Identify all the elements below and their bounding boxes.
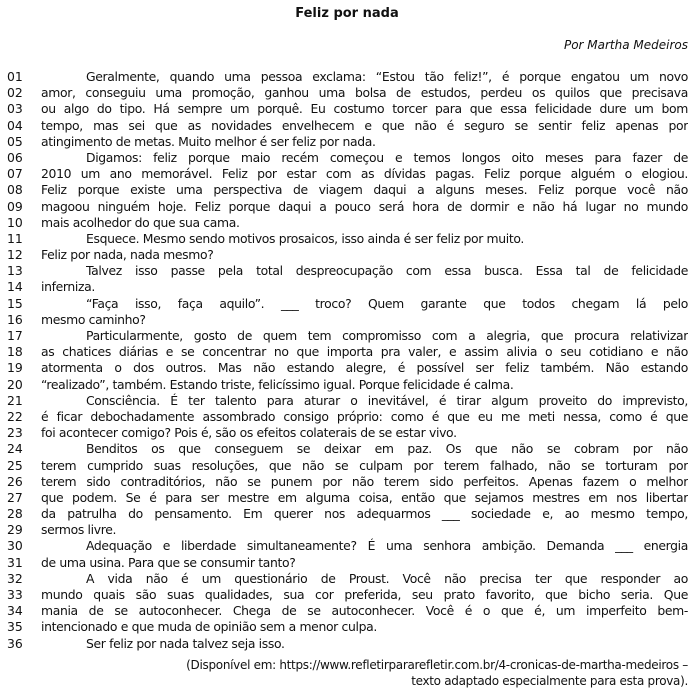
line-text: que podem. Se é para ser mestre em algum… xyxy=(41,490,688,506)
line-text: magoou ninguém hoje. Feliz porque daqui … xyxy=(41,199,688,215)
text-line: 35intencionado e que muda de opinião sem… xyxy=(0,619,694,635)
text-line: 03ou algo do tipo. Há sempre um porquê. … xyxy=(0,101,694,117)
line-text: terem cumprido suas resoluções, que não … xyxy=(41,458,688,474)
text-line: 05atingimento de metas. Muito melhor é s… xyxy=(0,134,694,150)
line-text: Consciência. É ter talento para aturar o… xyxy=(86,393,688,409)
line-number: 04 xyxy=(7,118,33,134)
line-text-wrap: Benditos os que conseguem se deixar em p… xyxy=(86,441,688,457)
line-number: 26 xyxy=(7,474,33,490)
line-number: 01 xyxy=(7,69,33,85)
text-line: 33mundo quais são suas qualidades, sua c… xyxy=(0,587,694,603)
line-text-wrap: da patrulha do pensamento. Em querer nos… xyxy=(41,506,688,522)
line-number: 33 xyxy=(7,587,33,603)
line-text: da patrulha do pensamento. Em querer nos… xyxy=(41,506,688,522)
line-text-wrap: que podem. Se é para ser mestre em algum… xyxy=(41,490,688,506)
line-text-wrap: de uma usina. Para que se consumir tanto… xyxy=(41,555,688,571)
line-number: 15 xyxy=(7,296,33,312)
line-number: 02 xyxy=(7,85,33,101)
line-text-wrap: “Faça isso, faça aquilo”. ___ troco? Que… xyxy=(86,296,688,312)
text-line: 15“Faça isso, faça aquilo”. ___ troco? Q… xyxy=(0,296,694,312)
text-line: 32A vida não é um questionário de Proust… xyxy=(0,571,694,587)
line-text-wrap: atormenta o dos outros. Mas não estando … xyxy=(41,360,688,376)
line-number: 29 xyxy=(7,522,33,538)
line-number: 14 xyxy=(7,279,33,295)
text-line: 08Feliz porque existe uma perspectiva de… xyxy=(0,182,694,198)
line-text-wrap: Digamos: feliz porque maio recém começou… xyxy=(86,150,688,166)
line-text: Esquece. Mesmo sendo motivos prosaicos, … xyxy=(86,231,688,247)
line-text: Geralmente, quando uma pessoa exclama: “… xyxy=(86,69,688,85)
line-text: mais acolhedor do que sua cama. xyxy=(41,215,688,231)
line-text-wrap: magoou ninguém hoje. Feliz porque daqui … xyxy=(41,199,688,215)
line-text: de uma usina. Para que se consumir tanto… xyxy=(41,555,688,571)
line-number: 20 xyxy=(7,377,33,393)
line-number: 03 xyxy=(7,101,33,117)
numbered-text-body: 01Geralmente, quando uma pessoa exclama:… xyxy=(0,69,694,652)
text-line: 11Esquece. Mesmo sendo motivos prosaicos… xyxy=(0,231,694,247)
line-number: 22 xyxy=(7,409,33,425)
text-line: 29sermos livre. xyxy=(0,522,694,538)
line-text: inferniza. xyxy=(41,279,688,295)
text-line: 21Consciência. É ter talento para aturar… xyxy=(0,393,694,409)
line-text-wrap: mania de se autoconhecer. Chega de se au… xyxy=(41,603,688,619)
text-line: 17Particularmente, gosto de quem tem com… xyxy=(0,328,694,344)
line-text-wrap: inferniza. xyxy=(41,279,688,295)
line-text-wrap: intencionado e que muda de opinião sem a… xyxy=(41,619,688,635)
text-line: 25terem cumprido suas resoluções, que nã… xyxy=(0,458,694,474)
line-text-wrap: ou algo do tipo. Há sempre um porquê. Eu… xyxy=(41,101,688,117)
line-text: mania de se autoconhecer. Chega de se au… xyxy=(41,603,688,619)
text-line: 18as chatices diárias e se concentrar no… xyxy=(0,344,694,360)
text-line: 12Feliz por nada, nada mesmo? xyxy=(0,247,694,263)
line-number: 06 xyxy=(7,150,33,166)
text-line: 28da patrulha do pensamento. Em querer n… xyxy=(0,506,694,522)
line-text-wrap: Feliz porque existe uma perspectiva de v… xyxy=(41,182,688,198)
line-text-wrap: tempo, mas sei que as novidades envelhec… xyxy=(41,118,688,134)
source-citation: (Disponível em: https://www.refletirpara… xyxy=(186,657,688,689)
line-text-wrap: terem cumprido suas resoluções, que não … xyxy=(41,458,688,474)
line-text-wrap: Particularmente, gosto de quem tem compr… xyxy=(86,328,688,344)
line-number: 21 xyxy=(7,393,33,409)
line-text: Feliz porque existe uma perspectiva de v… xyxy=(41,182,688,198)
line-text-wrap: Ser feliz por nada talvez seja isso. xyxy=(86,636,688,652)
text-line: 20“realizado”, também. Estando triste, f… xyxy=(0,377,694,393)
line-text-wrap: 2010 um ano memorável. Feliz por estar c… xyxy=(41,166,688,182)
line-text: A vida não é um questionário de Proust. … xyxy=(86,571,688,587)
line-text: intencionado e que muda de opinião sem a… xyxy=(41,619,688,635)
line-text: Particularmente, gosto de quem tem compr… xyxy=(86,328,688,344)
author-byline: Por Martha Medeiros xyxy=(564,38,688,52)
text-line: 30Adequação e liberdade simultaneamente?… xyxy=(0,538,694,554)
line-text: as chatices diárias e se concentrar no q… xyxy=(41,344,688,360)
line-number: 27 xyxy=(7,490,33,506)
line-text-wrap: terem sido contraditórios, não se punem … xyxy=(41,474,688,490)
line-text-wrap: Esquece. Mesmo sendo motivos prosaicos, … xyxy=(86,231,688,247)
line-text: atormenta o dos outros. Mas não estando … xyxy=(41,360,688,376)
line-number: 24 xyxy=(7,441,33,457)
line-text-wrap: é ficar debochadamente assombrado consig… xyxy=(41,409,688,425)
line-text: ou algo do tipo. Há sempre um porquê. Eu… xyxy=(41,101,688,117)
line-number: 18 xyxy=(7,344,33,360)
line-text-wrap: Feliz por nada, nada mesmo? xyxy=(41,247,688,263)
text-line: 22é ficar debochadamente assombrado cons… xyxy=(0,409,694,425)
line-text: Ser feliz por nada talvez seja isso. xyxy=(86,636,688,652)
text-line: 16mesmo caminho? xyxy=(0,312,694,328)
text-line: 072010 um ano memorável. Feliz por estar… xyxy=(0,166,694,182)
text-line: 14inferniza. xyxy=(0,279,694,295)
line-text-wrap: amor, conseguiu uma promoção, ganhou uma… xyxy=(41,85,688,101)
line-number: 36 xyxy=(7,636,33,652)
line-text: tempo, mas sei que as novidades envelhec… xyxy=(41,118,688,134)
line-text-wrap: “realizado”, também. Estando triste, fel… xyxy=(41,377,688,393)
line-number: 30 xyxy=(7,538,33,554)
line-text-wrap: Adequação e liberdade simultaneamente? É… xyxy=(86,538,688,554)
text-line: 01Geralmente, quando uma pessoa exclama:… xyxy=(0,69,694,85)
line-text: sermos livre. xyxy=(41,522,688,538)
text-line: 36Ser feliz por nada talvez seja isso. xyxy=(0,636,694,652)
line-number: 32 xyxy=(7,571,33,587)
line-text: atingimento de metas. Muito melhor é ser… xyxy=(41,134,688,150)
text-line: 34mania de se autoconhecer. Chega de se … xyxy=(0,603,694,619)
line-text: “Faça isso, faça aquilo”. ___ troco? Que… xyxy=(86,296,688,312)
line-number: 35 xyxy=(7,619,33,635)
line-text-wrap: mundo quais são suas qualidades, sua cor… xyxy=(41,587,688,603)
line-number: 28 xyxy=(7,506,33,522)
line-text-wrap: sermos livre. xyxy=(41,522,688,538)
text-line: 09magoou ninguém hoje. Feliz porque daqu… xyxy=(0,199,694,215)
line-number: 34 xyxy=(7,603,33,619)
line-text: Benditos os que conseguem se deixar em p… xyxy=(86,441,688,457)
line-number: 10 xyxy=(7,215,33,231)
text-line: 19atormenta o dos outros. Mas não estand… xyxy=(0,360,694,376)
line-number: 17 xyxy=(7,328,33,344)
text-line: 06Digamos: feliz porque maio recém começ… xyxy=(0,150,694,166)
line-number: 05 xyxy=(7,134,33,150)
text-line: 02amor, conseguiu uma promoção, ganhou u… xyxy=(0,85,694,101)
line-text-wrap: Geralmente, quando uma pessoa exclama: “… xyxy=(86,69,688,85)
line-text: Talvez isso passe pela total despreocupa… xyxy=(86,263,688,279)
page-title: Feliz por nada xyxy=(0,6,694,21)
line-text-wrap: atingimento de metas. Muito melhor é ser… xyxy=(41,134,688,150)
line-text: é ficar debochadamente assombrado consig… xyxy=(41,409,688,425)
text-line: 23foi acontecer comigo? Pois é, são os e… xyxy=(0,425,694,441)
line-text: amor, conseguiu uma promoção, ganhou uma… xyxy=(41,85,688,101)
line-number: 19 xyxy=(7,360,33,376)
line-number: 31 xyxy=(7,555,33,571)
line-text: “realizado”, também. Estando triste, fel… xyxy=(41,377,688,393)
line-text: terem sido contraditórios, não se punem … xyxy=(41,474,688,490)
line-text: Adequação e liberdade simultaneamente? É… xyxy=(86,538,688,554)
source-citation-line-1: (Disponível em: https://www.refletirpara… xyxy=(186,657,688,673)
source-citation-line-2: texto adaptado especialmente para esta p… xyxy=(186,673,688,689)
line-text-wrap: A vida não é um questionário de Proust. … xyxy=(86,571,688,587)
text-line: 27que podem. Se é para ser mestre em alg… xyxy=(0,490,694,506)
line-text: mundo quais são suas qualidades, sua cor… xyxy=(41,587,688,603)
line-number: 25 xyxy=(7,458,33,474)
line-text-wrap: foi acontecer comigo? Pois é, são os efe… xyxy=(41,425,688,441)
text-line: 31de uma usina. Para que se consumir tan… xyxy=(0,555,694,571)
text-line: 26terem sido contraditórios, não se pune… xyxy=(0,474,694,490)
line-number: 11 xyxy=(7,231,33,247)
line-text: mesmo caminho? xyxy=(41,312,688,328)
line-number: 23 xyxy=(7,425,33,441)
line-number: 07 xyxy=(7,166,33,182)
line-number: 09 xyxy=(7,199,33,215)
line-text-wrap: as chatices diárias e se concentrar no q… xyxy=(41,344,688,360)
line-text: 2010 um ano memorável. Feliz por estar c… xyxy=(41,166,688,182)
text-line: 04tempo, mas sei que as novidades envelh… xyxy=(0,118,694,134)
line-text-wrap: mais acolhedor do que sua cama. xyxy=(41,215,688,231)
line-number: 16 xyxy=(7,312,33,328)
line-text: Digamos: feliz porque maio recém começou… xyxy=(86,150,688,166)
line-number: 13 xyxy=(7,263,33,279)
line-number: 08 xyxy=(7,182,33,198)
line-text: Feliz por nada, nada mesmo? xyxy=(41,247,688,263)
line-number: 12 xyxy=(7,247,33,263)
line-text: foi acontecer comigo? Pois é, são os efe… xyxy=(41,425,688,441)
text-line: 13Talvez isso passe pela total despreocu… xyxy=(0,263,694,279)
line-text-wrap: Talvez isso passe pela total despreocupa… xyxy=(86,263,688,279)
line-text-wrap: Consciência. É ter talento para aturar o… xyxy=(86,393,688,409)
line-text-wrap: mesmo caminho? xyxy=(41,312,688,328)
text-line: 24Benditos os que conseguem se deixar em… xyxy=(0,441,694,457)
text-line: 10mais acolhedor do que sua cama. xyxy=(0,215,694,231)
